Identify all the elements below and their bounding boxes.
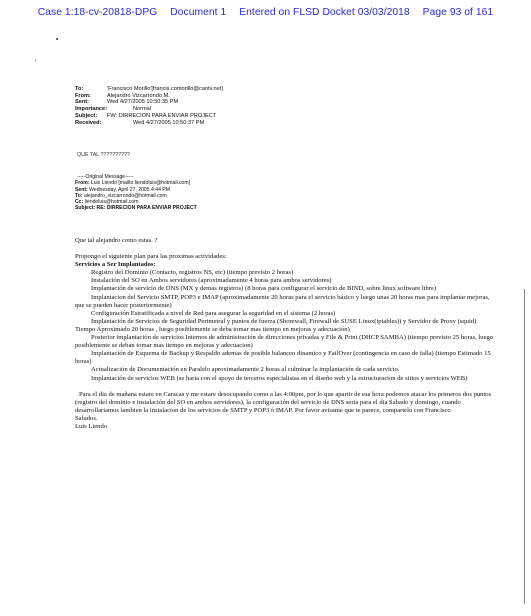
page-number: Page 93 of 161: [423, 7, 494, 18]
plan-item: Actualización de Documentación en Parale…: [75, 366, 495, 374]
case-number: Case 1:18-cv-20818-DPG: [38, 7, 158, 18]
section-title: Servicios a Ser Implantados:: [75, 261, 495, 269]
scan-edge-line: [524, 289, 525, 604]
plan-item: Instalación del SO en Ambos servidores (…: [75, 277, 495, 285]
document-number: Document 1: [170, 7, 226, 18]
original-subject: Subject: RE: DIRRECION PARA ENVIAR PROJE…: [75, 205, 197, 211]
plan-item: Posterior implantación de servicios Inte…: [75, 334, 495, 350]
plan-item: Registro del Dominio (Contacto, registro…: [75, 269, 495, 277]
scan-speck: [35, 60, 36, 61]
header-to: To:'Francisco Morillo'[francis.comorillo…: [75, 86, 223, 93]
intro: Propongo el siguiente plan para las prox…: [75, 253, 495, 261]
header-sent: Sent:Wed 4/27/2005 10:50:35 PM: [75, 99, 223, 106]
court-filing-stamp: Case 1:18-cv-20818-DPG Document 1 Entere…: [0, 7, 531, 18]
signature: Luis Liendo: [75, 423, 495, 431]
forward-note: QUE TAL ??????????: [77, 152, 130, 158]
docket-entry: Entered on FLSD Docket 03/03/2018: [239, 7, 410, 18]
closing-paragraph: Para el dia de mañana estare en Caracas …: [75, 391, 495, 415]
plan-item: Implantación de Servicios de Seguridad P…: [75, 318, 495, 334]
header-received: Received:Wed 4/27/2005 10:50:37 PM: [75, 120, 223, 127]
plan-item: Implantación de servicios WEB (se haria …: [75, 375, 495, 383]
salutation: Saludos.: [75, 415, 495, 423]
header-importance: Importance:Normal: [75, 106, 223, 113]
original-message-header: -----Original Message----- From: Luis Li…: [75, 174, 197, 212]
greeting: Que tal alejandro como estas. ?: [75, 237, 495, 245]
header-subject: Subject:FW: DIRRECION PARA ENVIAR PROJEC…: [75, 113, 223, 120]
plan-item: Implantacion del Servicio SMTP, POP3 e I…: [75, 294, 495, 310]
email-header: To:'Francisco Morillo'[francis.comorillo…: [75, 86, 223, 126]
plan-item: Implantación de Esquema de Backup y Resp…: [75, 350, 495, 366]
scan-speck: [56, 38, 58, 40]
plan-item: Configuración Estratificada a nivel de R…: [75, 310, 495, 318]
email-body: Que tal alejandro como estas. ? Propongo…: [75, 237, 495, 431]
plan-item: Implantación de servicio de DNS (MX y de…: [75, 285, 495, 293]
header-from: From:Alejandro Vizcarrondo M.: [75, 93, 223, 100]
